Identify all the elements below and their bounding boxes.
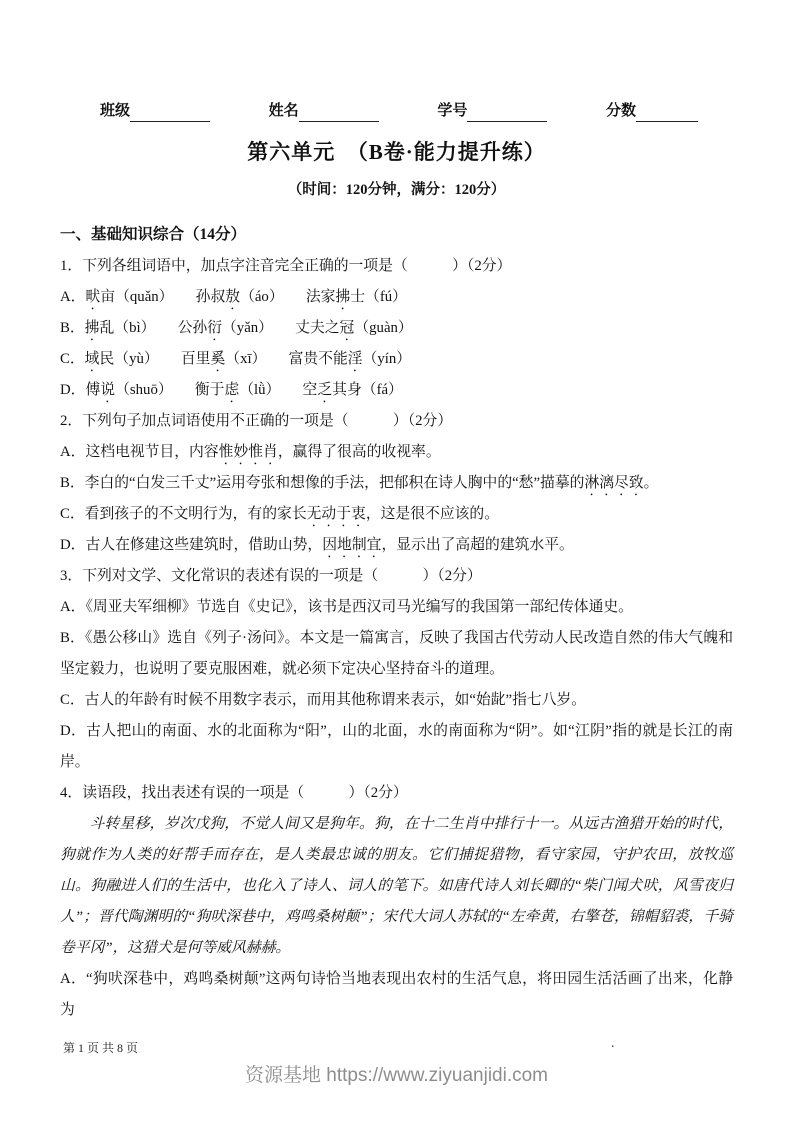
stray-dot: . <box>611 1036 615 1052</box>
question-option: B．李白的“白发三千丈”运用夸张和想像的手法，把郁积在诗人胸中的“愁”描摹的淋漓… <box>60 468 733 499</box>
emphasized-word: 虑 <box>224 382 239 398</box>
text-segment: 士（fú） <box>350 289 407 305</box>
text-segment: （xī） 富贵不能 <box>225 351 348 367</box>
text-segment: （lǜ） 空 <box>239 382 317 398</box>
emphasized-word: 畎 <box>85 289 100 305</box>
emphasized-word: 域 <box>85 351 100 367</box>
text-segment: 民（yù） 百里 <box>99 351 210 367</box>
emphasized-word: 惟妙惟肖 <box>219 444 278 460</box>
question-option: C．看到孩子的不文明行为，有的家长无动于衷，这是很不应该的。 <box>60 499 733 530</box>
question-option: D．古人在修建这些建筑时，借助山势，因地制宜，显示出了高超的建筑水平。 <box>60 530 733 561</box>
question-option: C．域民（yù） 百里奚（xī） 富贵不能淫（yín） <box>60 344 733 375</box>
student-id-field: 学号 <box>437 100 547 122</box>
question-option: D．古人把山的南面、水的北面称为“阳”，山的北面，水的南面称为“阴”。如“江阴”… <box>60 716 733 778</box>
page-number: 第 1 页 共 8 页 <box>63 1040 138 1056</box>
text-segment: 亩（quǎn） 孙叔 <box>100 289 225 305</box>
question-option: C．古人的年龄有时候不用数字表示，而用其他称谓来表示，如“始龀”指七八岁。 <box>60 685 733 716</box>
text-segment: C．看到孩子的不文明行为，有的家长 <box>60 506 307 522</box>
question-option: B．拂乱（bì） 公孙衍（yǎn） 丈夫之冠（guàn） <box>60 313 733 344</box>
text-segment: （shuō） 衡于 <box>115 382 224 398</box>
emphasized-word: 乏 <box>317 382 332 398</box>
class-field: 班级 <box>100 100 210 122</box>
exam-time-score: （时间：120分钟，满分：120分） <box>60 180 733 200</box>
watermark: 资源基地 https://www.ziyuanjidi.com <box>0 1063 793 1089</box>
class-label: 班级 <box>100 100 130 122</box>
emphasized-word: 淫 <box>348 351 363 367</box>
student-id-blank <box>467 105 547 122</box>
emphasized-word: 衍 <box>207 320 222 336</box>
question-stem: 1．下列各组词语中，加点字注音完全正确的一项是（ ）（2分） <box>60 251 733 282</box>
emphasized-word: 敖 <box>225 289 240 305</box>
emphasized-word: 说 <box>100 382 115 398</box>
emphasized-word: 拂 <box>335 289 350 305</box>
emphasized-word: 冠 <box>340 320 355 336</box>
text-segment: ，显示出了高超的建筑水平。 <box>381 537 573 553</box>
text-segment: A． <box>60 289 85 305</box>
score-blank <box>636 105 698 122</box>
questions: 1．下列各组词语中，加点字注音完全正确的一项是（ ）（2分）A．畎亩（quǎn）… <box>60 251 733 1026</box>
text-segment: （yǎn） 丈夫之 <box>222 320 340 336</box>
question-stem: 2．下列句子加点词语使用不正确的一项是（ ）（2分） <box>60 406 733 437</box>
question-option: A．“狗吠深巷中，鸡鸣桑树颠”这两句诗恰当地表现出农村的生活气息，将田园生活活画… <box>60 964 733 1026</box>
text-segment: ，赢得了很高的收视率。 <box>278 444 441 460</box>
text-segment: （guàn） <box>354 320 412 336</box>
emphasized-word: 因地制宜 <box>322 537 381 553</box>
text-segment: B． <box>60 320 85 336</box>
text-segment: D．古人在修建这些建筑时，借助山势， <box>60 537 322 553</box>
text-segment: A．这档电视节目，内容 <box>60 444 219 460</box>
text-segment: ，这是很不应该的。 <box>366 506 499 522</box>
name-field: 姓名 <box>269 100 379 122</box>
score-field: 分数 <box>606 100 698 122</box>
student-info-row: 班级 姓名 学号 分数 <box>100 100 698 122</box>
text-segment: （yín） <box>363 351 412 367</box>
name-blank <box>299 105 379 122</box>
question-stem: 3．下列对文学、文化常识的表述有误的一项是（ ）（2分） <box>60 561 733 592</box>
emphasized-word: 淋漓尽致 <box>584 475 643 491</box>
text-segment: D．傅 <box>60 382 100 398</box>
emphasized-word: 无动于衷 <box>307 506 366 522</box>
class-blank <box>130 105 210 122</box>
text-segment: C． <box>60 351 85 367</box>
question-option: A．这档电视节目，内容惟妙惟肖，赢得了很高的收视率。 <box>60 437 733 468</box>
question-option: B．《愚公移山》选自《列子·汤问》。本文是一篇寓言，反映了我国古代劳动人民改造自… <box>60 623 733 685</box>
text-segment: 其身（fá） <box>332 382 403 398</box>
text-segment: （áo） 法家 <box>240 289 335 305</box>
score-label: 分数 <box>606 100 636 122</box>
exam-page: 班级 姓名 学号 分数 第六单元 （B卷·能力提升练） （时间：120分钟，满分… <box>0 0 793 1026</box>
question-option: A．畎亩（quǎn） 孙叔敖（áo） 法家拂士（fú） <box>60 282 733 313</box>
text-segment: B．李白的“白发三千丈”运用夸张和想像的手法，把郁积在诗人胸中的“愁”描摹的 <box>60 475 584 491</box>
emphasized-word: 拂 <box>85 320 100 336</box>
question-option: A．《周亚夫军细柳》节选自《史记》，该书是西汉司马光编写的我国第一部纪传体通史。 <box>60 592 733 623</box>
question-stem: 4．读语段，找出表述有误的一项是（ ）（2分） <box>60 778 733 809</box>
emphasized-word: 奚 <box>210 351 225 367</box>
text-segment: 。 <box>644 475 659 491</box>
question-option: D．傅说（shuō） 衡于虑（lǜ） 空乏其身（fá） <box>60 375 733 406</box>
name-label: 姓名 <box>269 100 299 122</box>
student-id-label: 学号 <box>437 100 467 122</box>
section-heading: 一、基础知识综合（14分） <box>60 219 733 251</box>
page-title: 第六单元 （B卷·能力提升练） <box>60 138 733 167</box>
text-segment: 乱（bì） 公孙 <box>99 320 207 336</box>
question-passage: 斗转星移，岁次戊狗，不觉人间又是狗年。狗，在十二生肖中排行十一。从远古渔猎开始的… <box>60 809 733 964</box>
